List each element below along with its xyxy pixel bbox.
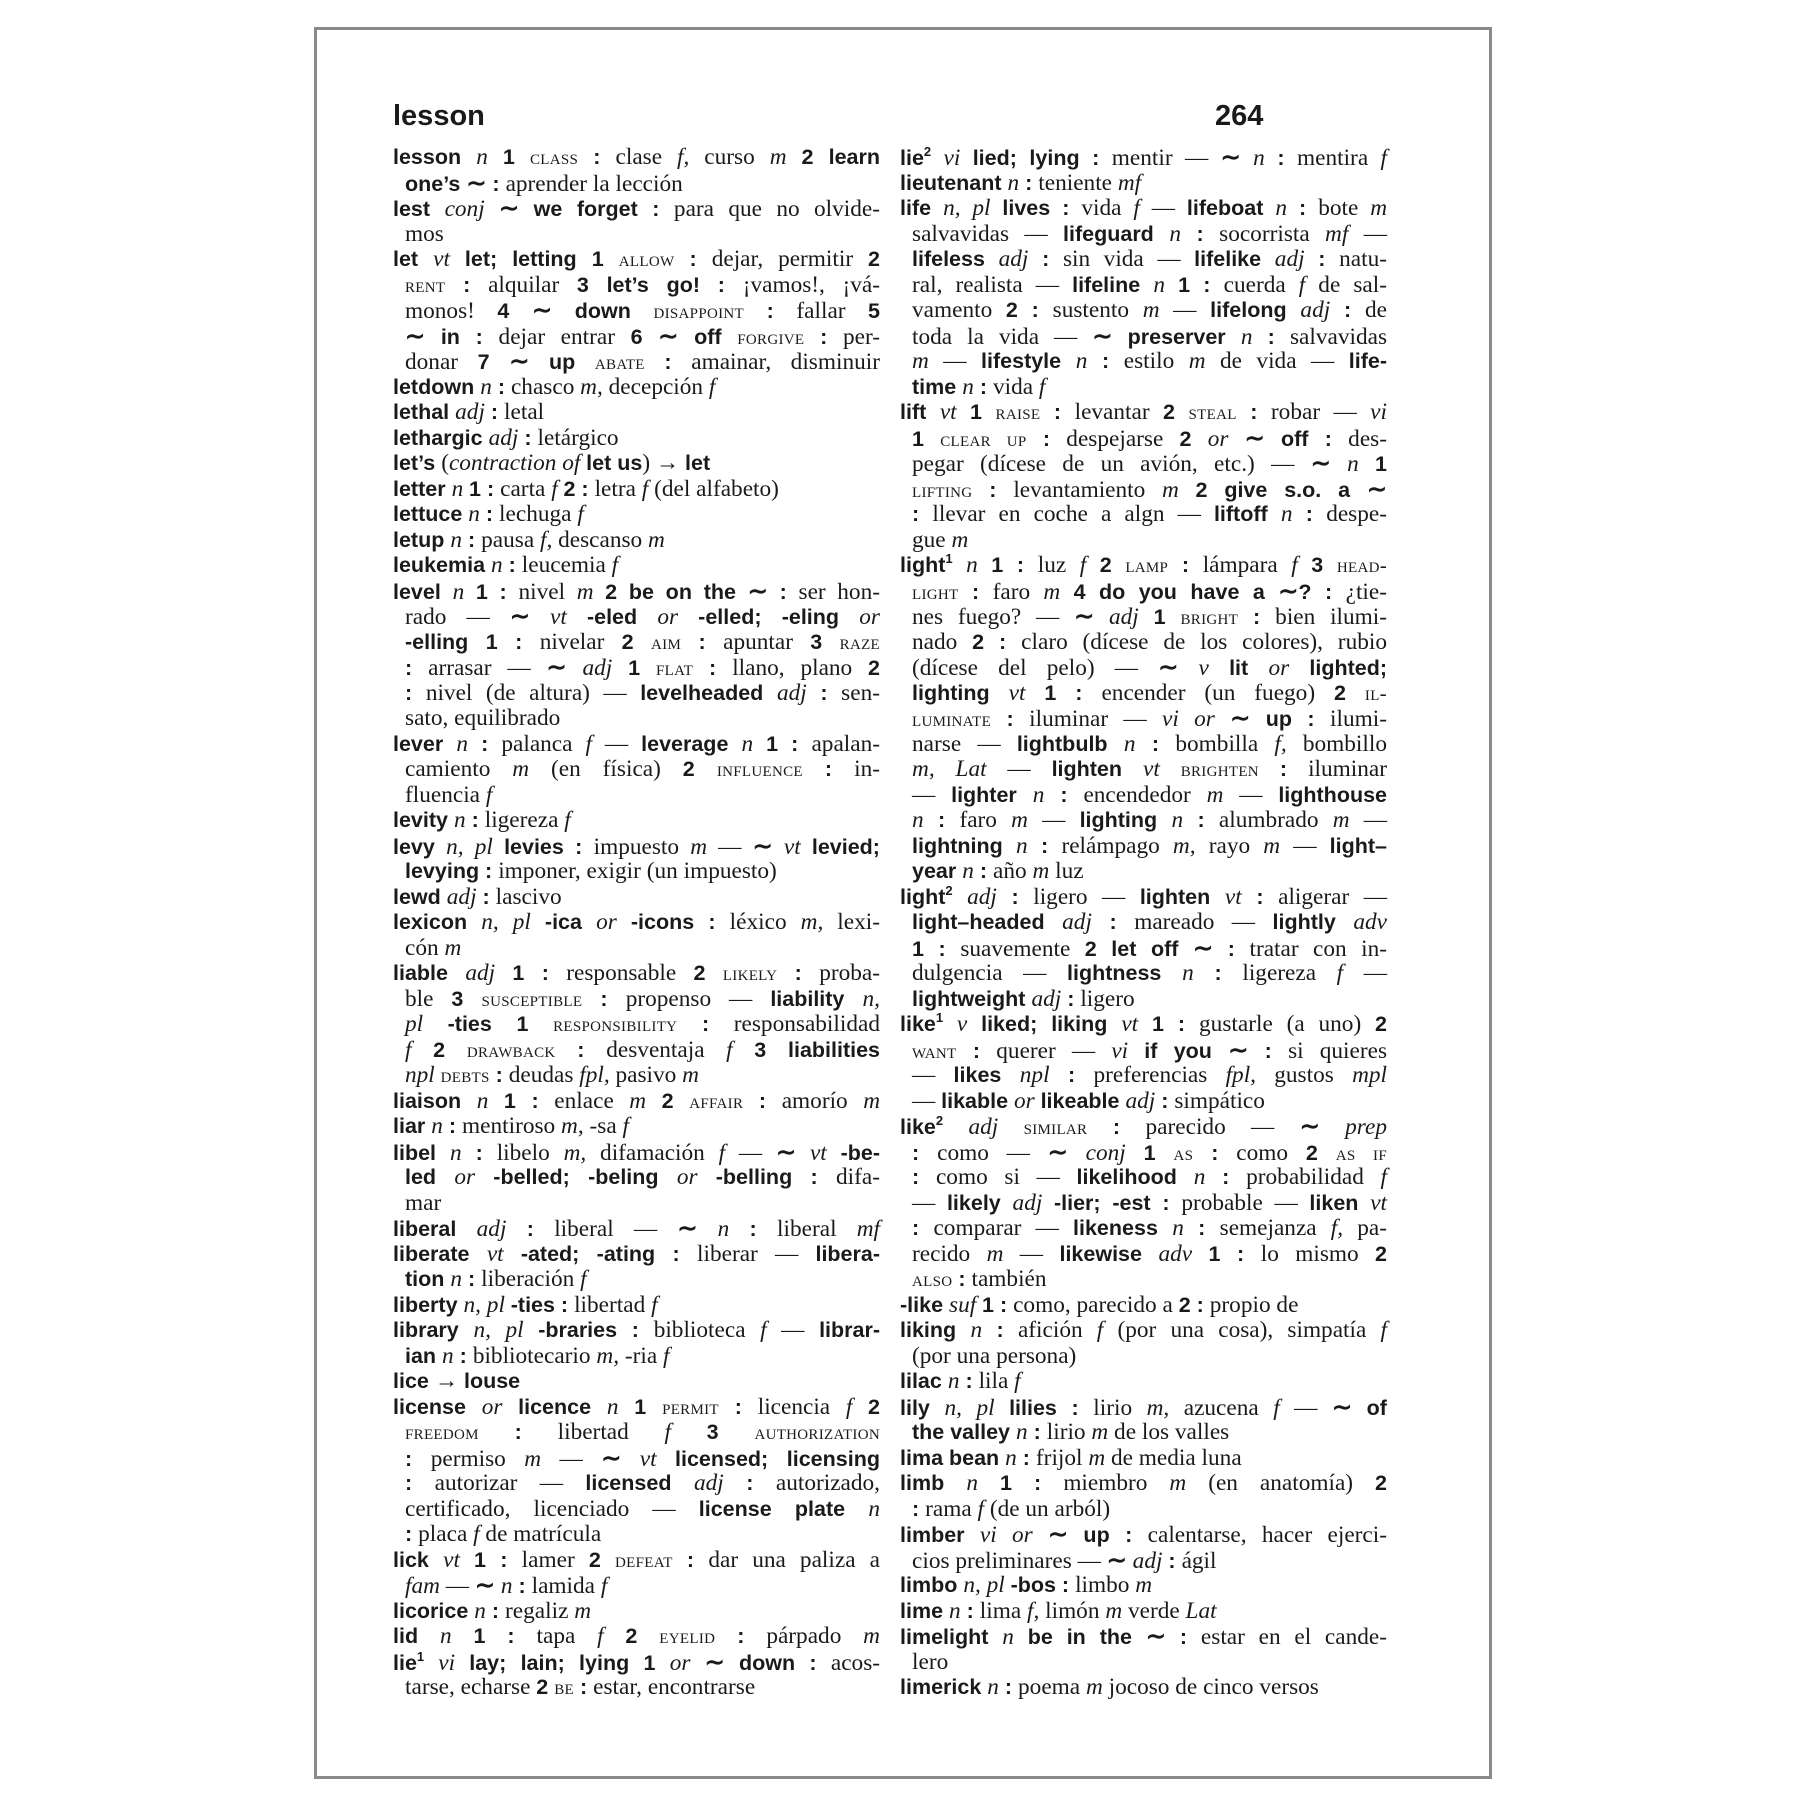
swung-dash-icon: ∼ bbox=[1048, 1139, 1068, 1166]
sense-label: class bbox=[530, 145, 578, 169]
headword-text: librar- bbox=[819, 1318, 880, 1342]
headword-text: : bbox=[578, 145, 615, 169]
translation-text: — bbox=[912, 1062, 954, 1088]
headword-text: lie bbox=[900, 146, 924, 170]
entry-line: lethargic adj : letárgico bbox=[393, 426, 880, 452]
headword-text: : bbox=[991, 707, 1029, 731]
headword-text: liken bbox=[1309, 1191, 1370, 1215]
grammar-label: f bbox=[486, 782, 492, 808]
grammar-label: adj bbox=[1031, 986, 1061, 1012]
translation-text: — bbox=[1350, 807, 1387, 833]
headword-text: : bbox=[912, 502, 932, 526]
translation-text: difa- bbox=[836, 1164, 880, 1190]
translation-text: ser hon- bbox=[799, 579, 880, 605]
translation-text: responsable bbox=[566, 960, 693, 986]
headword-text: 2 bbox=[1306, 1141, 1336, 1165]
headword-text: light–headed bbox=[912, 910, 1062, 934]
grammar-label: m bbox=[1189, 348, 1206, 374]
translation-text: mos bbox=[405, 221, 444, 247]
translation-text: para que no olvide- bbox=[674, 196, 880, 222]
translation-text: -sa bbox=[584, 1113, 623, 1139]
translation-text: pausa bbox=[481, 527, 540, 553]
grammar-label: n bbox=[1171, 807, 1183, 833]
entry-continuation-line: m, Lat — lighten vt brighten : iluminar bbox=[900, 757, 1387, 783]
entry-continuation-line: luminate : iluminar — vi or ∼ up : ilumi… bbox=[900, 706, 1387, 732]
headword-text: lighter bbox=[951, 783, 1033, 807]
headword-text: 1 bbox=[912, 427, 940, 451]
headword-text: light bbox=[900, 885, 945, 909]
grammar-label: m bbox=[770, 144, 802, 170]
grammar-label: f, bbox=[1027, 1598, 1039, 1624]
grammar-label: vi bbox=[1370, 399, 1387, 425]
entry-line: lieutenant n : teniente mf bbox=[900, 171, 1387, 197]
grammar-label: m bbox=[1370, 195, 1387, 221]
headword-text: licensed; licensing bbox=[675, 1447, 880, 1471]
headword-text: 2 bbox=[622, 630, 651, 654]
translation-text: de matrícula bbox=[480, 1521, 602, 1547]
translation-text: teniente bbox=[1038, 170, 1118, 196]
grammar-label: n bbox=[1016, 833, 1028, 859]
entry-continuation-line: light–headed adj : mareado — lightly adv bbox=[900, 910, 1387, 936]
translation-text: — bbox=[1280, 1395, 1332, 1421]
translation-text: — bbox=[912, 782, 951, 808]
grammar-label: f bbox=[726, 1037, 754, 1063]
headword-text: : bbox=[486, 1599, 505, 1623]
translation-text: dulgencia — bbox=[912, 960, 1067, 986]
translation-text: estar en el cande- bbox=[1201, 1624, 1387, 1650]
translation-text: simpático bbox=[1174, 1088, 1265, 1114]
entry-continuation-line: : arrasar — ∼ adj 1 flat : llano, plano … bbox=[393, 655, 880, 681]
translation-text: mar bbox=[405, 1190, 441, 1216]
headword-text: : bbox=[1183, 808, 1219, 832]
headword-text: : bbox=[405, 1471, 435, 1495]
grammar-label: or bbox=[859, 604, 880, 630]
translation-text: encendedor bbox=[1083, 782, 1206, 808]
translation-text: parecido — bbox=[1146, 1114, 1300, 1140]
headword-text: 3 bbox=[1311, 553, 1337, 577]
translation-text: letra bbox=[595, 476, 642, 502]
headword-text: -ated; -ating : bbox=[521, 1242, 697, 1266]
translation-text: — bbox=[707, 834, 753, 860]
headword-text: : bbox=[972, 478, 1013, 502]
grammar-label: or bbox=[1268, 655, 1309, 681]
grammar-label: n, bbox=[863, 986, 880, 1012]
grammar-label: m, bbox=[801, 909, 824, 935]
grammar-label: vt bbox=[433, 246, 465, 272]
headword-text: lieutenant bbox=[900, 171, 1008, 195]
translation-text: -ria bbox=[619, 1343, 663, 1369]
headword-text: : bbox=[1028, 247, 1063, 271]
translation-text: ágil bbox=[1182, 1548, 1217, 1574]
headword-text: : bbox=[961, 1599, 980, 1623]
translation-text: (de un arból) bbox=[984, 1496, 1110, 1522]
headword-text: : bbox=[1155, 1089, 1174, 1113]
translation-text: — bbox=[1280, 833, 1330, 859]
translation-text: mentir — bbox=[1112, 145, 1221, 171]
headword-text: 1 : bbox=[476, 580, 519, 604]
headword-text: leukemia bbox=[393, 553, 491, 577]
headword-text: library bbox=[393, 1318, 473, 1342]
translation-text: libelo bbox=[497, 1140, 564, 1166]
translation-text: afición bbox=[1018, 1317, 1097, 1343]
translation-text: dar una paliza a bbox=[708, 1547, 880, 1573]
entry-continuation-line: toda la vida — ∼ preserver n : salvavida… bbox=[900, 324, 1387, 350]
headword-text: 1 : bbox=[766, 732, 811, 756]
grammar-label: m bbox=[863, 1623, 880, 1649]
entry-continuation-line: : como — ∼ conj 1 as : como 2 as if bbox=[900, 1140, 1387, 1166]
headword-text: liaison bbox=[393, 1089, 477, 1113]
grammar-label: adj bbox=[455, 399, 485, 425]
translation-text: — bbox=[1140, 195, 1187, 221]
entry-continuation-line: certificado, licenciado — license plate … bbox=[393, 1497, 880, 1523]
translation-text: bien ilumi- bbox=[1275, 604, 1387, 630]
grammar-label: mf bbox=[857, 1216, 880, 1242]
headword-text: lesson bbox=[393, 145, 476, 169]
headword-text: year bbox=[912, 859, 962, 883]
entry-continuation-line: tarse, echarse 2 be : estar, encontrarse bbox=[393, 1675, 880, 1701]
translation-text: amorío bbox=[782, 1088, 863, 1114]
headword-text: : bbox=[719, 1395, 758, 1419]
translation-text: semejanza bbox=[1220, 1215, 1331, 1241]
entry-line: libel n : libelo m, difamación f — ∼ vt … bbox=[393, 1140, 880, 1166]
translation-text: chasco bbox=[511, 374, 580, 400]
entry-continuation-line: lightweight adj : ligero bbox=[900, 987, 1387, 1013]
headword-text: 2 : bbox=[1006, 298, 1053, 322]
swung-dash-icon: ∼ bbox=[1074, 603, 1094, 630]
headword-text: let us bbox=[586, 451, 642, 475]
translation-text: iluminar bbox=[1308, 756, 1387, 782]
grammar-label: n bbox=[868, 1496, 880, 1522]
entry-continuation-line: : comparar — likeness n : semejanza f, p… bbox=[900, 1216, 1387, 1242]
translation-text: pa- bbox=[1343, 1215, 1387, 1241]
grammar-label: m bbox=[1162, 477, 1196, 503]
translation-text: palanca bbox=[501, 731, 585, 757]
headword-text: libel bbox=[393, 1141, 450, 1165]
grammar-label: n bbox=[1182, 960, 1194, 986]
grammar-label: adj bbox=[777, 680, 807, 706]
sense-label: as if bbox=[1336, 1141, 1387, 1165]
sense-label: defeat bbox=[615, 1548, 673, 1572]
headword-text: lice bbox=[393, 1369, 435, 1393]
grammar-label: m bbox=[629, 1088, 661, 1114]
headword-text: : bbox=[681, 630, 723, 654]
translation-text: certificado, licenciado — bbox=[405, 1496, 699, 1522]
headword-text: lifeless bbox=[912, 247, 999, 271]
headword-text: -braries : bbox=[538, 1318, 653, 1342]
translation-text: rama bbox=[925, 1496, 977, 1522]
grammar-label: adj bbox=[1127, 1548, 1163, 1574]
grammar-label: suf bbox=[949, 1292, 982, 1318]
translation-text: curso bbox=[689, 144, 769, 170]
translation-text: ) → bbox=[642, 450, 685, 476]
headword-text: limber bbox=[900, 1523, 980, 1547]
headword-text: leverage bbox=[641, 732, 741, 756]
translation-text: monos! bbox=[405, 298, 497, 324]
entry-continuation-line: led or -belled; -beling or -belling : di… bbox=[393, 1165, 880, 1191]
headword-text: lifelong bbox=[1210, 298, 1300, 322]
sense-label: as bbox=[1173, 1141, 1193, 1165]
headword-text: : bbox=[462, 528, 481, 552]
grammar-label: f bbox=[1014, 1368, 1020, 1394]
grammar-label: n bbox=[1275, 195, 1287, 221]
translation-text: — bbox=[1003, 1241, 1059, 1267]
translation-text: lila bbox=[979, 1368, 1015, 1394]
entry-continuation-line: sato, equilibrado bbox=[393, 706, 880, 732]
entry-continuation-line: pl -ties 1 responsibility : responsabili… bbox=[393, 1012, 880, 1038]
headword-text: let bbox=[393, 247, 433, 271]
entry-continuation-line: : nivel (de altura) — levelheaded adj : … bbox=[393, 681, 880, 707]
translation-text: poema bbox=[1018, 1674, 1086, 1700]
headword-text: 1 : bbox=[991, 553, 1037, 577]
grammar-label: n bbox=[480, 374, 492, 400]
headword-text: light– bbox=[1330, 834, 1387, 858]
translation-text: robar — bbox=[1271, 399, 1370, 425]
headword-text: : bbox=[729, 1217, 777, 1241]
headword-text: 1 : bbox=[512, 961, 566, 985]
grammar-label: vt bbox=[443, 1547, 474, 1573]
grammar-label: n bbox=[442, 1343, 454, 1369]
headword-text: 2 bbox=[1375, 1012, 1387, 1036]
translation-text: vamento bbox=[912, 297, 1006, 323]
swung-dash-icon: ∼ bbox=[1245, 425, 1265, 452]
entry-continuation-line: cón m bbox=[393, 936, 880, 962]
translation-text: ¿tie- bbox=[1346, 579, 1387, 605]
headword-text: 2 let off bbox=[1085, 937, 1193, 961]
translation-text: socorrista bbox=[1219, 221, 1325, 247]
grammar-label: or bbox=[657, 604, 698, 630]
grammar-label: n bbox=[476, 144, 503, 170]
headword-text: : bbox=[803, 757, 854, 781]
grammar-label: adj bbox=[477, 1216, 507, 1242]
grammar-label: m, bbox=[580, 374, 603, 400]
sense-label: eyelid bbox=[659, 1624, 715, 1648]
translation-text: camiento bbox=[405, 756, 512, 782]
translation-text: llevar en coche a algn — bbox=[932, 501, 1214, 527]
headword-text: liked; liking bbox=[981, 1012, 1121, 1036]
headword-text: : bbox=[1092, 910, 1134, 934]
translation-text: liberal — bbox=[554, 1216, 677, 1242]
translation-text: — bbox=[912, 1190, 947, 1216]
translation-text: proba- bbox=[819, 960, 880, 986]
headword-text: licorice bbox=[393, 1599, 474, 1623]
entry-line: limerick n : poema m jocoso de cinco ver… bbox=[900, 1675, 1387, 1701]
headword-text: : bbox=[1017, 1446, 1036, 1470]
headword-text: 1 : bbox=[1178, 273, 1224, 297]
entry-continuation-line: — likely adj -lier; -est : probable — li… bbox=[900, 1191, 1387, 1217]
headword-text: : bbox=[1242, 885, 1278, 909]
sense-label: disappoint bbox=[653, 299, 744, 323]
grammar-label: adj bbox=[943, 1114, 1023, 1140]
entry-continuation-line: light : faro m 4 do you have a ∼? : ¿tie… bbox=[900, 579, 1387, 605]
headword-text: 2 bbox=[1375, 1471, 1387, 1495]
sense-label: light bbox=[912, 580, 959, 604]
headword-text: lifestyle bbox=[981, 349, 1076, 373]
grammar-label: vt bbox=[621, 1446, 675, 1472]
grammar-label: n bbox=[1002, 1624, 1027, 1650]
grammar-label: f bbox=[1381, 1164, 1387, 1190]
grammar-label: vi bbox=[424, 1650, 469, 1676]
translation-text: liberación bbox=[481, 1266, 580, 1292]
headword-text: in : bbox=[425, 325, 498, 349]
entry-line: liberal adj : liberal — ∼ n : liberal mf bbox=[393, 1216, 880, 1242]
headword-text: lifeboat bbox=[1187, 196, 1275, 220]
headword-text: -elled; -eling bbox=[698, 605, 859, 629]
headword-text: : bbox=[1237, 400, 1271, 424]
grammar-label: m bbox=[1135, 1572, 1152, 1598]
headword-text: we forget : bbox=[519, 197, 674, 221]
headword-text: : bbox=[479, 1420, 558, 1444]
headword-text: -lier; -est : bbox=[1054, 1191, 1181, 1215]
translation-text: tapa bbox=[537, 1623, 598, 1649]
translation-text: apuntar bbox=[723, 629, 810, 655]
translation-text: imponer, exigir (un impuesto) bbox=[498, 858, 777, 884]
grammar-label: n bbox=[912, 807, 924, 833]
grammar-label: adj bbox=[1125, 1088, 1155, 1114]
headword-text: liberate bbox=[393, 1242, 487, 1266]
translation-text: licencia bbox=[758, 1394, 846, 1420]
headword-text: 7 bbox=[478, 350, 510, 374]
grammar-label: vt bbox=[1143, 756, 1181, 782]
translation-text: lechuga bbox=[499, 501, 577, 527]
entry-line: letdown n : chasco m, decepción f bbox=[393, 375, 880, 401]
grammar-label: f bbox=[623, 1113, 629, 1139]
entry-continuation-line: -elling 1 : nivelar 2 aim : apuntar 3 ra… bbox=[393, 630, 880, 656]
swung-dash-icon: ∼ bbox=[1332, 1394, 1352, 1421]
headword-text: : bbox=[574, 1675, 593, 1699]
translation-text: — bbox=[592, 731, 641, 757]
headword-text: lightning bbox=[912, 834, 1016, 858]
entry-continuation-line: narse — lightbulb n : bombilla f, bombil… bbox=[900, 732, 1387, 758]
sense-label: brighten bbox=[1181, 757, 1259, 781]
headword-text: 4 bbox=[497, 299, 532, 323]
headword-text: 2 bbox=[625, 1624, 659, 1648]
headword-text: : bbox=[959, 1369, 978, 1393]
swung-dash-icon: ∼ bbox=[1300, 1113, 1320, 1140]
grammar-label: n bbox=[454, 807, 466, 833]
entry-continuation-line: levying : imponer, exigir (un impuesto) bbox=[393, 859, 880, 885]
swung-dash-icon: ∼ bbox=[1228, 1037, 1248, 1064]
headword-text: up bbox=[529, 350, 595, 374]
translation-text: arrasar — bbox=[428, 655, 546, 681]
headword-text: : bbox=[466, 808, 485, 832]
headword-text: lettuce bbox=[393, 502, 468, 526]
sense-label: steal bbox=[1189, 400, 1237, 424]
grammar-label: f bbox=[405, 1037, 433, 1063]
headword-text: : bbox=[952, 1267, 971, 1291]
entry-line: lever n : palanca f — leverage n 1 : apa… bbox=[393, 732, 880, 758]
entry-line: levity n : ligereza f bbox=[393, 808, 880, 834]
headword-text: lifelike bbox=[1194, 247, 1275, 271]
translation-text: lamida bbox=[532, 1573, 601, 1599]
headword-text: liberal bbox=[393, 1217, 477, 1241]
sense-label: bright bbox=[1180, 605, 1238, 629]
translation-text: letal bbox=[504, 399, 544, 425]
headword-text: : bbox=[1162, 1549, 1181, 1573]
translation-text: también bbox=[971, 1266, 1046, 1292]
translation-text: faro bbox=[993, 579, 1044, 605]
grammar-label: m bbox=[1105, 1598, 1122, 1624]
headword-text: : bbox=[724, 1471, 776, 1495]
entry-continuation-line: (dícese del pelo) — ∼ v lit or lighted; bbox=[900, 655, 1387, 681]
grammar-label: m bbox=[1086, 1674, 1103, 1700]
entry-continuation-line: : llevar en coche a algn — liftoff n : d… bbox=[900, 502, 1387, 528]
headword-text: lid bbox=[393, 1624, 440, 1648]
sense-label: affair bbox=[689, 1089, 743, 1113]
translation-text: natu- bbox=[1339, 246, 1387, 272]
headword-text: 1 : bbox=[474, 1548, 522, 1572]
headword-text: 1 bbox=[970, 400, 996, 424]
headword-text: levity bbox=[393, 808, 454, 832]
headword-text: : bbox=[1087, 349, 1123, 373]
translation-text: per- bbox=[843, 324, 880, 350]
translation-text: año bbox=[993, 858, 1032, 884]
headword-text: louse bbox=[464, 1369, 520, 1393]
headword-text: : bbox=[645, 350, 692, 374]
headword-text: : bbox=[957, 1039, 997, 1063]
grammar-label: adj bbox=[999, 246, 1029, 272]
entry-line: liking n : afición f (por una cosa), sim… bbox=[900, 1318, 1387, 1344]
translation-text: suavemente bbox=[960, 936, 1084, 962]
entry-continuation-line: cios preliminares — ∼ adj : ágil bbox=[900, 1548, 1387, 1574]
headword-text: lilac bbox=[900, 1369, 948, 1393]
grammar-label: adj bbox=[465, 960, 512, 986]
translation-text: rayo bbox=[1196, 833, 1264, 859]
headword-text: : bbox=[1330, 298, 1365, 322]
translation-text: despe- bbox=[1326, 501, 1387, 527]
headword-text: : bbox=[582, 987, 625, 1011]
entry-continuation-line: : autorizar — licensed adj : autorizado, bbox=[393, 1471, 880, 1497]
grammar-label: fpl, bbox=[579, 1062, 609, 1088]
grammar-label: n bbox=[440, 1623, 473, 1649]
swung-dash-icon: ∼ bbox=[1107, 1547, 1127, 1574]
entry-line: lewd adj : lascivo bbox=[393, 885, 880, 911]
headword-text: liking bbox=[900, 1318, 970, 1342]
headword-text: 2 be on the bbox=[605, 580, 748, 604]
translation-text: luz bbox=[1049, 858, 1083, 884]
entry-continuation-line: salvavidas — lifeguard n : socorrista mf… bbox=[900, 222, 1387, 248]
entry-continuation-line: monos! 4 ∼ down disappoint : fallar 5 bbox=[393, 298, 880, 324]
sense-label: flat bbox=[656, 656, 693, 680]
sense-label: lamp bbox=[1125, 553, 1168, 577]
headword-text: 1 bbox=[503, 145, 530, 169]
headword-text: : bbox=[912, 1497, 925, 1521]
translation-text: regaliz bbox=[505, 1598, 574, 1624]
entry-continuation-line: : como si — likelihood n : probabilidad … bbox=[900, 1165, 1387, 1191]
headword-text: lightly bbox=[1273, 910, 1354, 934]
grammar-label: m, bbox=[561, 1113, 584, 1139]
headword-text: 3 bbox=[707, 1420, 755, 1444]
headword-text: : bbox=[777, 961, 819, 985]
headword-text: 6 bbox=[631, 325, 659, 349]
headword-text: : bbox=[503, 553, 522, 577]
entry-continuation-line: tion n : liberación f bbox=[393, 1267, 880, 1293]
sense-label: raise bbox=[996, 400, 1041, 424]
swung-dash-icon: ∼ bbox=[510, 603, 530, 630]
translation-text: ligereza bbox=[1242, 960, 1336, 986]
grammar-label: vt bbox=[796, 1140, 840, 1166]
translation-text: recido bbox=[912, 1241, 987, 1267]
headword-text: letup bbox=[393, 528, 450, 552]
entry-line: liberty n, pl -ties : libertad f bbox=[393, 1293, 880, 1319]
headword-text: : bbox=[1166, 1625, 1201, 1649]
entry-continuation-line: lifeless adj : sin vida — lifelike adj :… bbox=[900, 247, 1387, 273]
grammar-label: or bbox=[596, 909, 631, 935]
entry-line: light1 n 1 : luz f 2 lamp : lámpara f 3 … bbox=[900, 553, 1387, 579]
entry-line: licorice n : regaliz m bbox=[393, 1599, 880, 1625]
swung-dash-icon: ∼ bbox=[753, 833, 773, 860]
headword-text: tion bbox=[405, 1267, 450, 1291]
page-number: 264 bbox=[1215, 100, 1335, 133]
